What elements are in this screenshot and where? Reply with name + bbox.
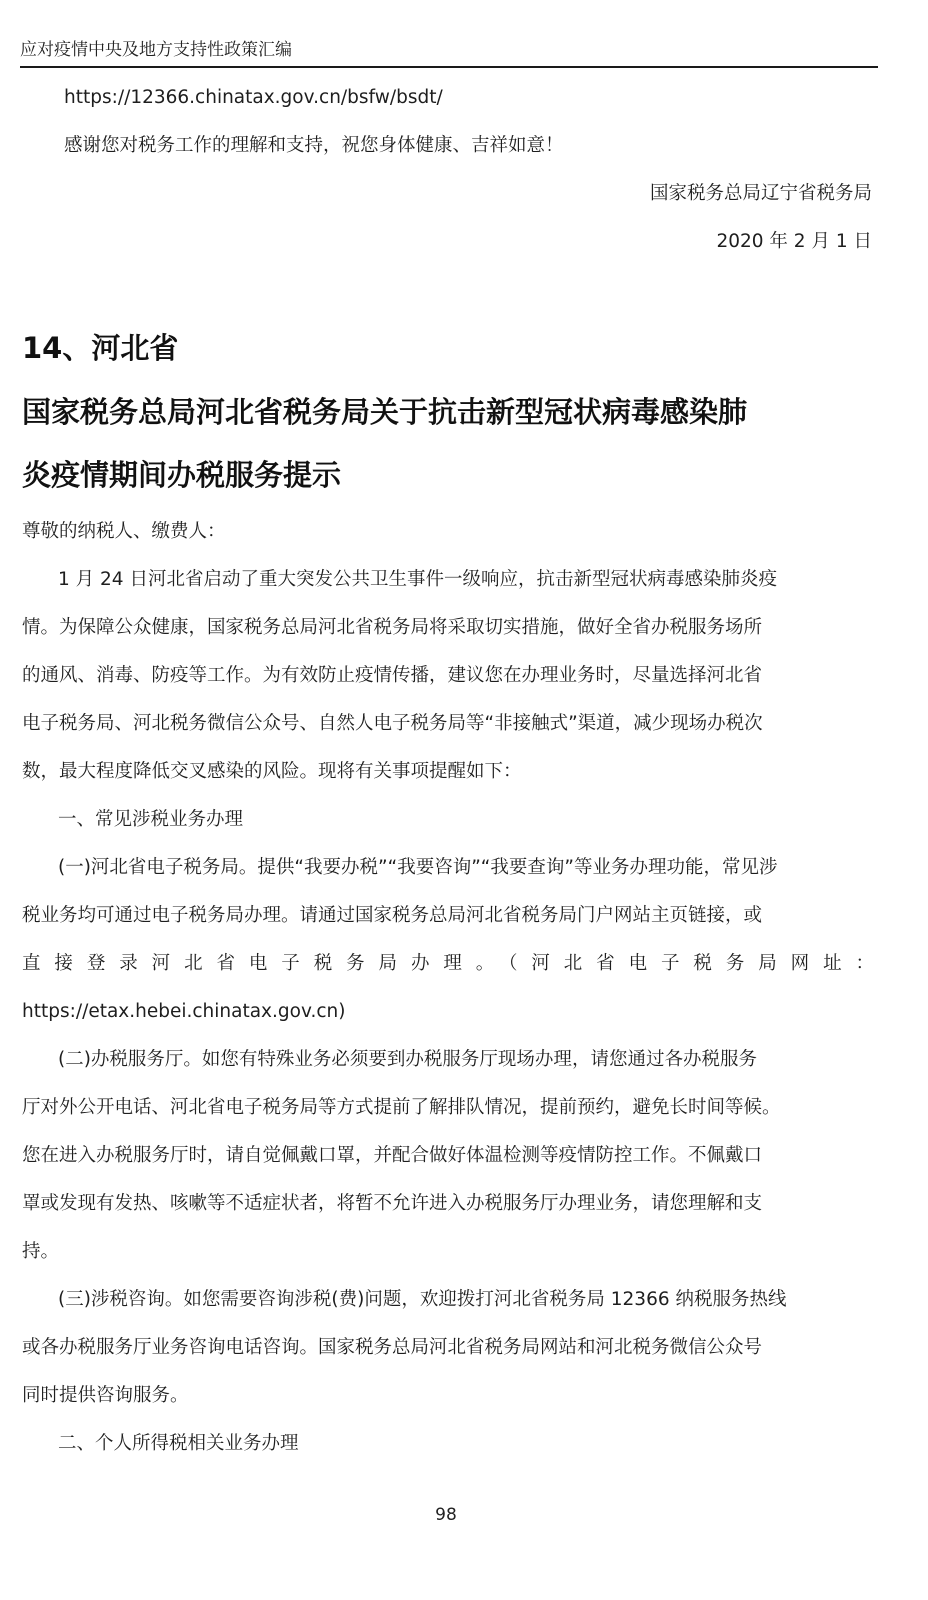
intro-line: 的通风、消毒、防疫等工作。为有效防止疫情传播，建议您在办理业务时，尽量选择河北省	[22, 664, 762, 688]
item-3-line: 或各办税服务厅业务咨询电话咨询。国家税务总局河北省税务局网站和河北税务微信公众号	[22, 1336, 762, 1360]
item-2-line: 罩或发现有发热、咳嗽等不适症状者，将暂不允许进入办税服务厅办理业务，请您理解和支	[22, 1192, 762, 1216]
heading-common-tax-business: 一、常见涉税业务办理	[58, 808, 243, 832]
etax-url: https://etax.hebei.chinatax.gov.cn)	[22, 1000, 345, 1024]
date-line: 2020 年 2 月 1 日	[716, 230, 872, 254]
document-title-line-2: 炎疫情期间办税服务提示	[22, 455, 341, 495]
heading-individual-income-tax: 二、个人所得税相关业务办理	[58, 1432, 299, 1456]
document-title-line-1: 国家税务总局河北省税务局关于抗击新型冠状病毒感染肺	[22, 392, 747, 432]
intro-line: 情。为保障公众健康，国家税务总局河北省税务局将采取切实措施，做好全省办税服务场所	[22, 616, 762, 640]
signature-line: 国家税务总局辽宁省税务局	[650, 182, 872, 206]
item-3-line: (三)涉税咨询。如您需要咨询涉税(费)问题，欢迎拨打河北省税务局 12366 纳…	[58, 1288, 787, 1312]
thanks-line: 感谢您对税务工作的理解和支持，祝您身体健康、吉祥如意！	[64, 134, 564, 158]
intro-line: 数，最大程度降低交叉感染的风险。现将有关事项提醒如下：	[22, 760, 522, 784]
item-2-line: (二)办税服务厅。如您有特殊业务必须要到办税服务厅现场办理，请您通过各办税服务	[58, 1048, 757, 1072]
item-2-line: 持。	[22, 1240, 59, 1264]
salutation: 尊敬的纳税人、缴费人：	[22, 520, 226, 544]
item-2-line: 厅对外公开电话、河北省电子税务局等方式提前了解排队情况，提前预约，避免长时间等候…	[22, 1096, 781, 1120]
intro-line: 1 月 24 日河北省启动了重大突发公共卫生事件一级响应，抗击新型冠状病毒感染肺…	[58, 568, 777, 592]
item-1-line: 税业务均可通过电子税务局办理。请通过国家税务总局河北省税务局门户网站主页链接，或	[22, 904, 762, 928]
running-header: 应对疫情中央及地方支持性政策汇编	[20, 36, 878, 68]
running-header-title: 应对疫情中央及地方支持性政策汇编	[20, 40, 292, 60]
item-2-line: 您在进入办税服务厅时，请自觉佩戴口罩，并配合做好体温检测等疫情防控工作。不佩戴口	[22, 1144, 762, 1168]
previous-url: https://12366.chinatax.gov.cn/bsfw/bsdt/	[64, 86, 443, 110]
item-1-line: (一)河北省电子税务局。提供“我要办税”“我要咨询”“我要查询”等业务办理功能，…	[58, 856, 777, 880]
page-number: 98	[0, 1505, 892, 1525]
section-number-title: 14、河北省	[22, 328, 178, 368]
intro-line: 电子税务局、河北税务微信公众号、自然人电子税务局等“非接触式”渠道，减少现场办税…	[22, 712, 763, 736]
item-1-line: 直接登录河北省电子税务局办理。（河北省电子税务局网址：	[22, 952, 874, 976]
item-3-line: 同时提供咨询服务。	[22, 1384, 189, 1408]
